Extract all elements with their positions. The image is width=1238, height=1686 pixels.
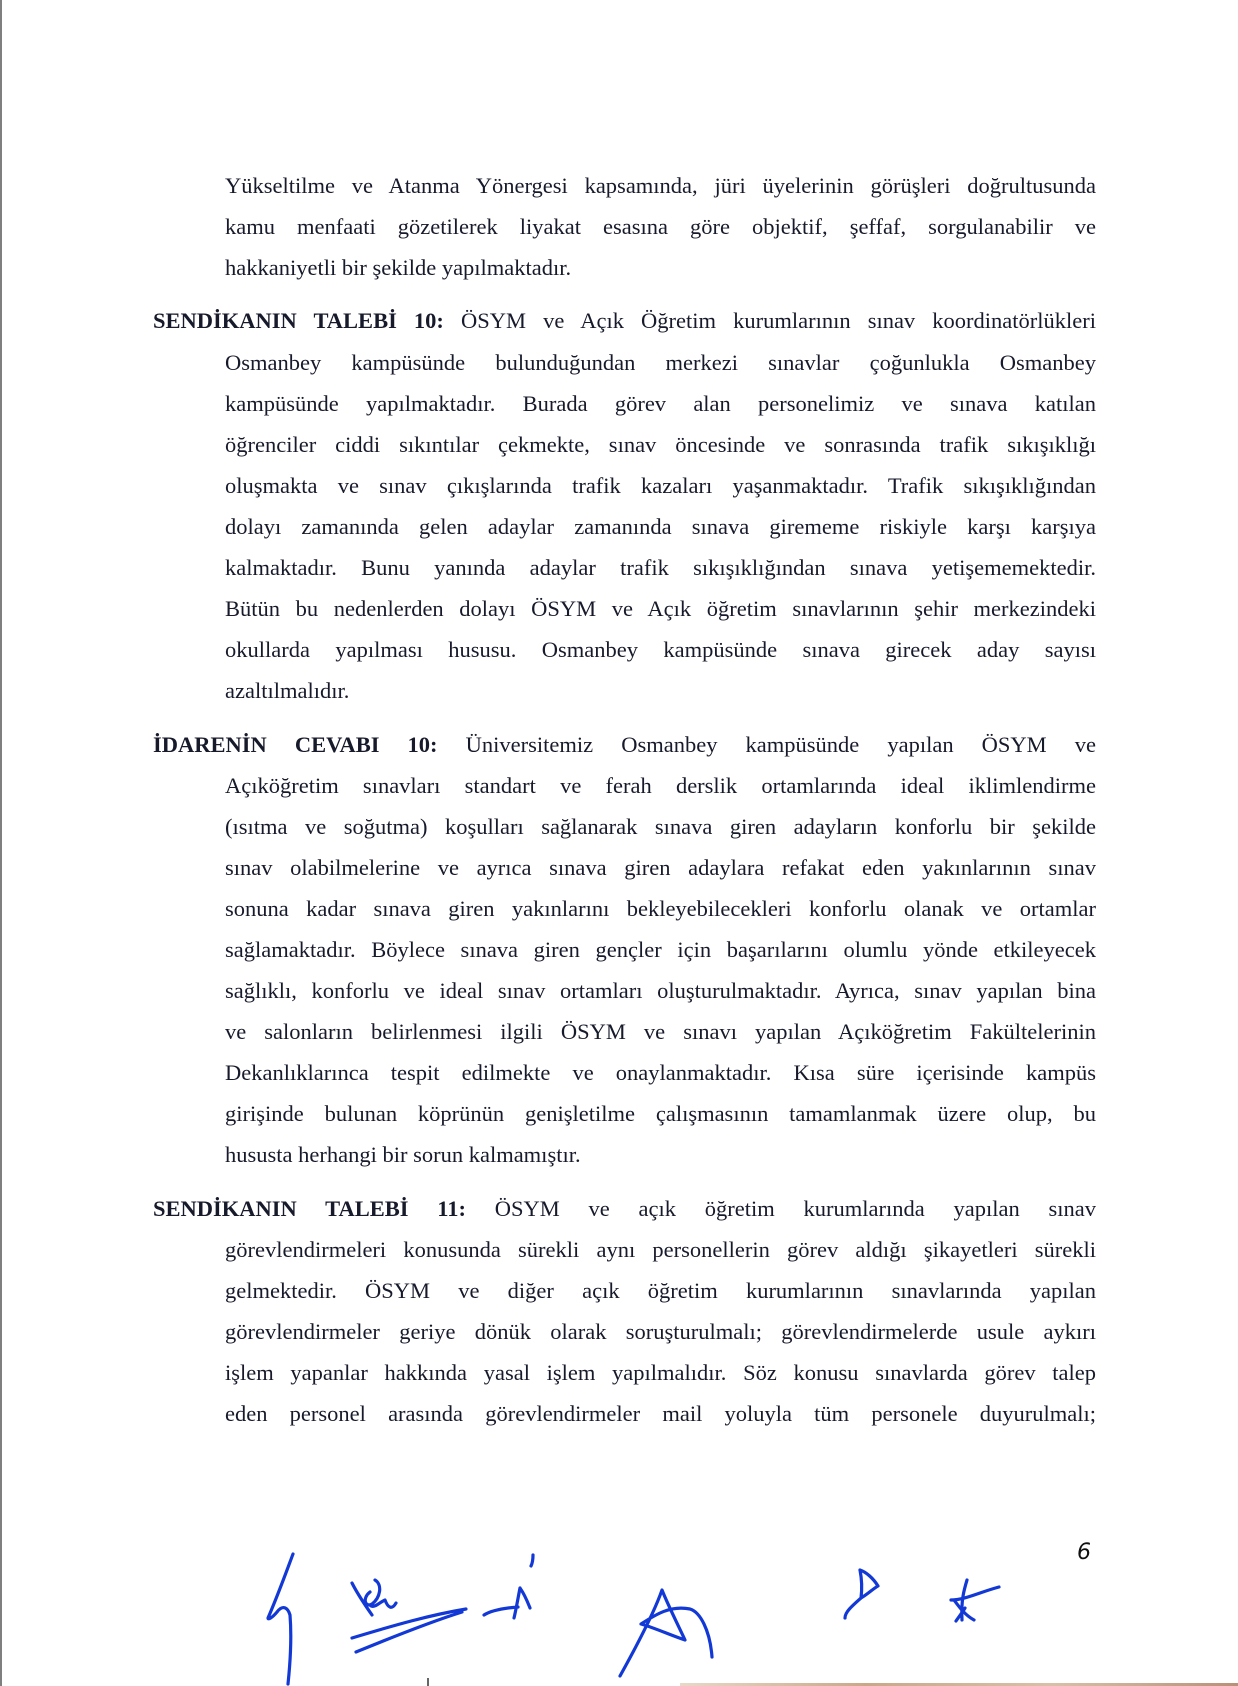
text-line: Yükseltilme ve Atanma Yönergesi kapsamın… xyxy=(225,172,1096,200)
text-line: öğrenciler ciddi sıkıntılar çekmekte, sı… xyxy=(225,431,1096,459)
text-line: eden personel arasında görevlendirmeler … xyxy=(225,1400,1096,1428)
text-line: kalmaktadır. Bunu yanında adaylar trafik… xyxy=(225,554,1096,582)
signature-3 xyxy=(484,1555,533,1618)
text-line: girişinde bulunan köprünün genişletilme … xyxy=(225,1100,1096,1128)
signature-6 xyxy=(951,1580,999,1621)
text-line: sağlıklı, konforlu ve ideal sınav ortaml… xyxy=(225,977,1096,1005)
text-line: sınav olabilmelerine ve ayrıca sınava gi… xyxy=(225,854,1096,882)
signature-4 xyxy=(620,1590,712,1676)
signature-1 xyxy=(268,1554,293,1684)
signature-5 xyxy=(845,1570,878,1618)
text-line: okullarda yapılması hususu. Osmanbey kam… xyxy=(225,636,1096,664)
text-line: (ısıtma ve soğutma) koşulları sağlanarak… xyxy=(225,813,1096,841)
signatures-area xyxy=(0,1500,1238,1686)
text-line: Açıköğretim sınavları standart ve ferah … xyxy=(225,772,1096,800)
text-line: azaltılmalıdır. xyxy=(225,677,1096,705)
section-heading: SENDİKANIN TALEBİ 10: xyxy=(153,308,444,333)
text-line: kampüsünde yapılmaktadır. Burada görev a… xyxy=(225,390,1096,418)
text-line: işlem yapanlar hakkında yasal işlem yapı… xyxy=(225,1359,1096,1387)
section-first-line: SENDİKANIN TALEBİ 11: ÖSYM ve açık öğret… xyxy=(153,1195,1096,1223)
text-line: kamu menfaati gözetilerek liyakat esasın… xyxy=(225,213,1096,241)
text-line: Dekanlıklarınca tespit edilmekte ve onay… xyxy=(225,1059,1096,1087)
document-page: Yükseltilme ve Atanma Yönergesi kapsamın… xyxy=(0,0,1238,1686)
signature-2 xyxy=(352,1580,466,1652)
text-line: Bütün bu nedenlerden dolayı ÖSYM ve Açık… xyxy=(225,595,1096,623)
section-first-line: SENDİKANIN TALEBİ 10: ÖSYM ve Açık Öğret… xyxy=(153,307,1096,335)
section-heading: SENDİKANIN TALEBİ 11: xyxy=(153,1196,466,1221)
text-line: görevlendirmeler geriye dönük olarak sor… xyxy=(225,1318,1096,1346)
section-first-line: İDARENİN CEVABI 10: Üniversitemiz Osmanb… xyxy=(153,731,1096,759)
section-heading: İDARENİN CEVABI 10: xyxy=(153,732,438,757)
text-line: hususta herhangi bir sorun kalmamıştır. xyxy=(225,1141,1096,1169)
text-line: hakkaniyetli bir şekilde yapılmaktadır. xyxy=(225,254,1096,282)
text-line: oluşmakta ve sınav çıkışlarında trafik k… xyxy=(225,472,1096,500)
text-line: görevlendirmeleri konusunda sürekli aynı… xyxy=(225,1236,1096,1264)
text-line: sağlamaktadır. Böylece sınava giren genç… xyxy=(225,936,1096,964)
scan-edge xyxy=(0,0,2,1686)
text-line: sonuna kadar sınava giren yakınlarını be… xyxy=(225,895,1096,923)
text-line: Osmanbey kampüsünde bulunduğundan merkez… xyxy=(225,349,1096,377)
text-line: ve salonların belirlenmesi ilgili ÖSYM v… xyxy=(225,1018,1096,1046)
section-first-line-text: ÖSYM ve açık öğretim kurumlarında yapıla… xyxy=(495,1196,1096,1221)
section-first-line-text: ÖSYM ve Açık Öğretim kurumlarının sınav … xyxy=(461,308,1096,333)
section-first-line-text: Üniversitemiz Osmanbey kampüsünde yapıla… xyxy=(466,732,1096,757)
text-line: gelmektedir. ÖSYM ve diğer açık öğretim … xyxy=(225,1277,1096,1305)
text-line: dolayı zamanında gelen adaylar zamanında… xyxy=(225,513,1096,541)
